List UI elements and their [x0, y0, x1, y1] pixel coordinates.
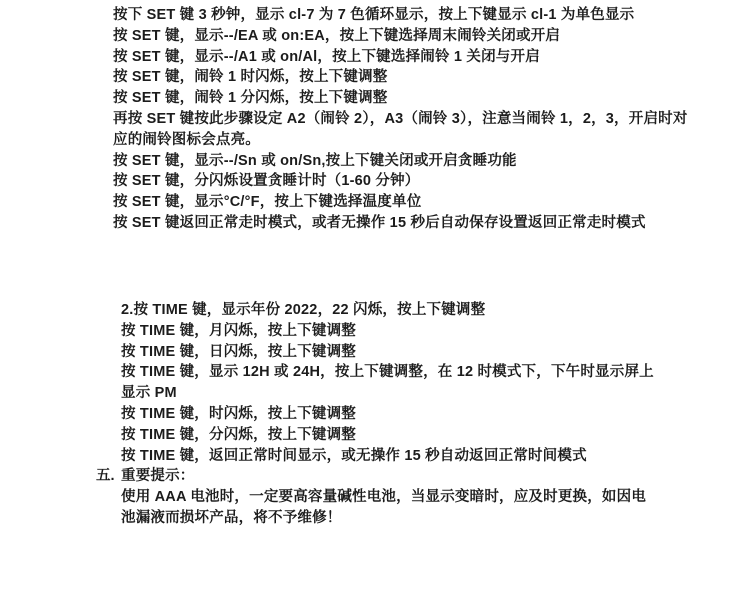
important-note-block: 五. 重要提示：使用 AAA 电池时，一定要高容量碱性电池，当显示变暗时，应及时…	[121, 466, 681, 528]
text-line: 按 TIME 键，返回正常时间显示，或无操作 15 秒自动返回正常时间模式	[121, 446, 681, 467]
time-instructions-block: 2.按 TIME 键，显示年份 2022，22 闪烁，按上下键调整按 TIME …	[121, 300, 681, 466]
set-instructions-block: 按下 SET 键 3 秒钟，显示 cl-7 为 7 色循环显示，按上下键显示 c…	[113, 5, 673, 234]
text-line: 按 SET 键，显示--/A1 或 on/Al，按上下键选择闹铃 1 关闭与开启	[113, 47, 673, 68]
text-line: 按 SET 键，闹铃 1 时闪烁，按上下键调整	[113, 67, 673, 88]
text-line: 重要提示：	[121, 466, 681, 487]
text-line: 使用 AAA 电池时，一定要高容量碱性电池，当显示变暗时，应及时更换，如因电	[121, 487, 681, 508]
important-note-lines: 重要提示：使用 AAA 电池时，一定要高容量碱性电池，当显示变暗时，应及时更换，…	[121, 466, 681, 528]
text-line: 按 SET 键，显示°C/°F，按上下键选择温度单位	[113, 192, 673, 213]
text-line: 按 TIME 键，分闪烁，按上下键调整	[121, 425, 681, 446]
important-note-number: 五.	[96, 466, 115, 487]
text-line: 按 TIME 键，显示 12H 或 24H，按上下键调整，在 12 时模式下，下…	[121, 362, 681, 383]
text-line: 按 SET 键，分闪烁设置贪睡计时（1-60 分钟）	[113, 171, 673, 192]
text-line: 应的闹铃图标会点亮。	[113, 130, 673, 151]
text-line: 按下 SET 键 3 秒钟，显示 cl-7 为 7 色循环显示，按上下键显示 c…	[113, 5, 673, 26]
text-line: 按 TIME 键，月闪烁，按上下键调整	[121, 321, 681, 342]
text-line: 再按 SET 键按此步骤设定 A2（闹铃 2），A3（闹铃 3），注意当闹铃 1…	[113, 109, 673, 130]
manual-page: 按下 SET 键 3 秒钟，显示 cl-7 为 7 色循环显示，按上下键显示 c…	[0, 0, 750, 614]
text-line: 显示 PM	[121, 383, 681, 404]
text-line: 按 SET 键，闹铃 1 分闪烁，按上下键调整	[113, 88, 673, 109]
text-line: 按 SET 键，显示--/Sn 或 on/Sn,按上下键关闭或开启贪睡功能	[113, 151, 673, 172]
text-line: 按 SET 键返回正常走时模式，或者无操作 15 秒后自动保存设置返回正常走时模…	[113, 213, 673, 234]
text-line: 按 TIME 键，日闪烁，按上下键调整	[121, 342, 681, 363]
text-line: 按 SET 键，显示--/EA 或 on:EA，按上下键选择周末闹铃关闭或开启	[113, 26, 673, 47]
text-line: 2.按 TIME 键，显示年份 2022，22 闪烁，按上下键调整	[121, 300, 681, 321]
text-line: 池漏液而损坏产品，将不予维修！	[121, 508, 681, 529]
text-line: 按 TIME 键，时闪烁，按上下键调整	[121, 404, 681, 425]
